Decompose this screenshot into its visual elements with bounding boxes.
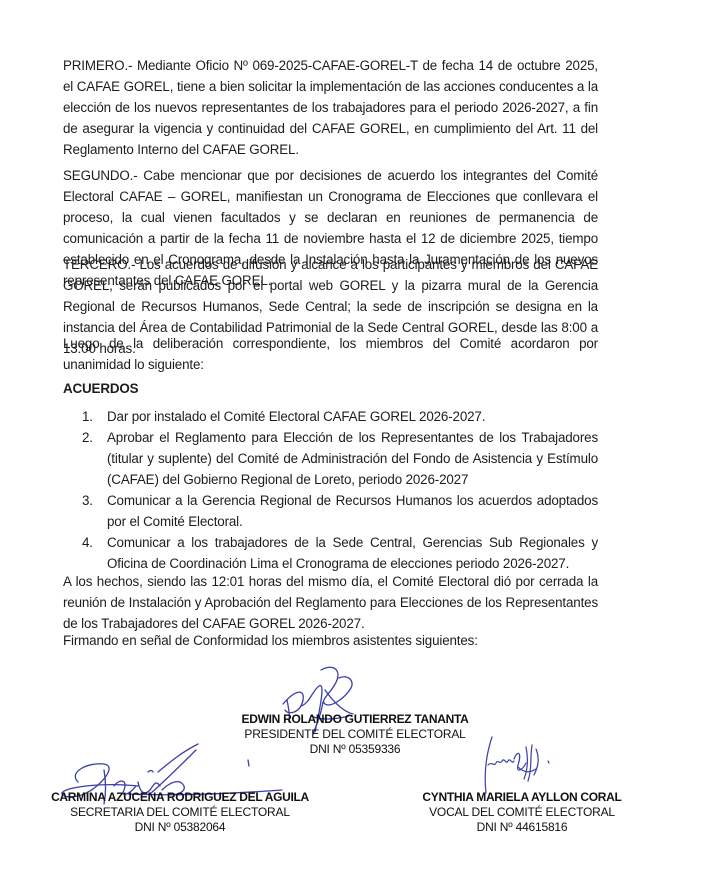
signatory-dni: DNI Nº 05382064	[40, 820, 320, 835]
paragraph-primero-text: PRIMERO.- Mediante Oficio Nº 069-2025-CA…	[63, 55, 598, 160]
paragraph-cierre: A los hechos, siendo las 12:01 horas del…	[63, 571, 598, 634]
paragraph-firmando-text: Firmando en señal de Conformidad los mie…	[63, 630, 598, 651]
acuerdo-text: Comunicar a los trabajadores de la Sede …	[107, 535, 598, 571]
acuerdo-item: 2.Aprobar el Reglamento para Elección de…	[82, 427, 598, 490]
signatory-name: CARMINA AZUCENA RODRIGUEZ DEL AGUILA	[40, 790, 320, 805]
signatory-dni: DNI Nº 05359336	[205, 742, 505, 757]
signatory-role: SECRETARIA DEL COMITÉ ELECTORAL	[40, 805, 320, 820]
document-page: PRIMERO.- Mediante Oficio Nº 069-2025-CA…	[0, 0, 714, 893]
acuerdo-number: 4.	[82, 532, 93, 553]
signatory-role: PRESIDENTE DEL COMITÉ ELECTORAL	[205, 727, 505, 742]
acuerdo-item: 3.Comunicar a la Gerencia Regional de Re…	[82, 490, 598, 532]
acuerdos-list: 1.Dar por instalado el Comité Electoral …	[82, 406, 598, 574]
acuerdo-number: 1.	[82, 406, 93, 427]
signatory-vocal: CYNTHIA MARIELA AYLLON CORAL VOCAL DEL C…	[402, 790, 642, 835]
signatory-secretary: CARMINA AZUCENA RODRIGUEZ DEL AGUILA SEC…	[40, 790, 320, 835]
signatory-dni: DNI Nº 44615816	[402, 820, 642, 835]
paragraph-cierre-text: A los hechos, siendo las 12:01 horas del…	[63, 571, 598, 634]
acuerdo-text: Comunicar a la Gerencia Regional de Recu…	[107, 493, 598, 529]
paragraph-primero: PRIMERO.- Mediante Oficio Nº 069-2025-CA…	[63, 55, 598, 160]
signatory-name: CYNTHIA MARIELA AYLLON CORAL	[402, 790, 642, 805]
acuerdo-text: Aprobar el Reglamento para Elección de l…	[107, 430, 598, 487]
acuerdos-heading: ACUERDOS	[63, 378, 598, 399]
acuerdo-item: 4.Comunicar a los trabajadores de la Sed…	[82, 532, 598, 574]
paragraph-firmando: Firmando en señal de Conformidad los mie…	[63, 630, 598, 651]
acuerdo-text: Dar por instalado el Comité Electoral CA…	[107, 409, 485, 424]
signatory-name: EDWIN ROLANDO GUTIERREZ TANANTA	[205, 712, 505, 727]
signatory-president: EDWIN ROLANDO GUTIERREZ TANANTA PRESIDEN…	[205, 712, 505, 757]
paragraph-deliberacion: Luego de la deliberación correspondiente…	[63, 333, 598, 375]
signatory-role: VOCAL DEL COMITÉ ELECTORAL	[402, 805, 642, 820]
acuerdo-number: 2.	[82, 427, 93, 448]
paragraph-deliberacion-text: Luego de la deliberación correspondiente…	[63, 333, 598, 375]
acuerdo-item: 1.Dar por instalado el Comité Electoral …	[82, 406, 598, 427]
acuerdo-number: 3.	[82, 490, 93, 511]
